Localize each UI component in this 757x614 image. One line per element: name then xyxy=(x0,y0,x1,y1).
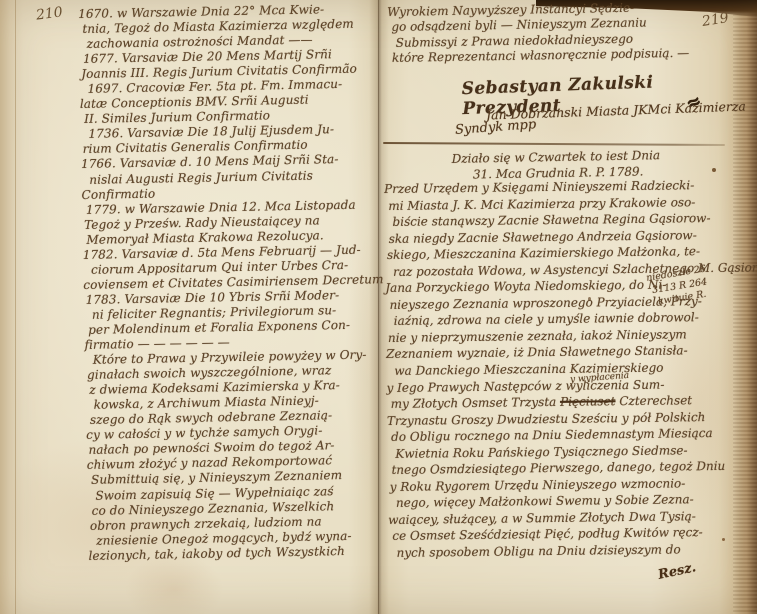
ink-speck xyxy=(712,168,716,172)
left-page-edge xyxy=(0,0,16,614)
body-lines-lower: Trzynastu Groszy Dwudziestu Sześciu y pó… xyxy=(387,409,721,562)
left-page-text: 1670. w Warszawie Dnia 22° Mca Kwie-tnia… xyxy=(78,1,389,563)
strike-line-pre: my Złotych Osmset Trzysta xyxy=(391,395,561,411)
struck-word: Pięciuset xyxy=(560,394,616,409)
right-page-body: Przed Urzędem y Księgami Ninieyszemi Rad… xyxy=(384,177,721,562)
right-page-head-text: Wyrokiem Naywyższey Instancyi Sędzie-go … xyxy=(387,0,718,67)
manuscript-spread: 210 1670. w Warszawie Dnia 22° Mca Kwie-… xyxy=(0,0,757,614)
strike-line-post: Czterechset xyxy=(615,393,692,408)
ink-speck xyxy=(722,538,725,541)
page-number-left: 210 xyxy=(35,4,63,23)
